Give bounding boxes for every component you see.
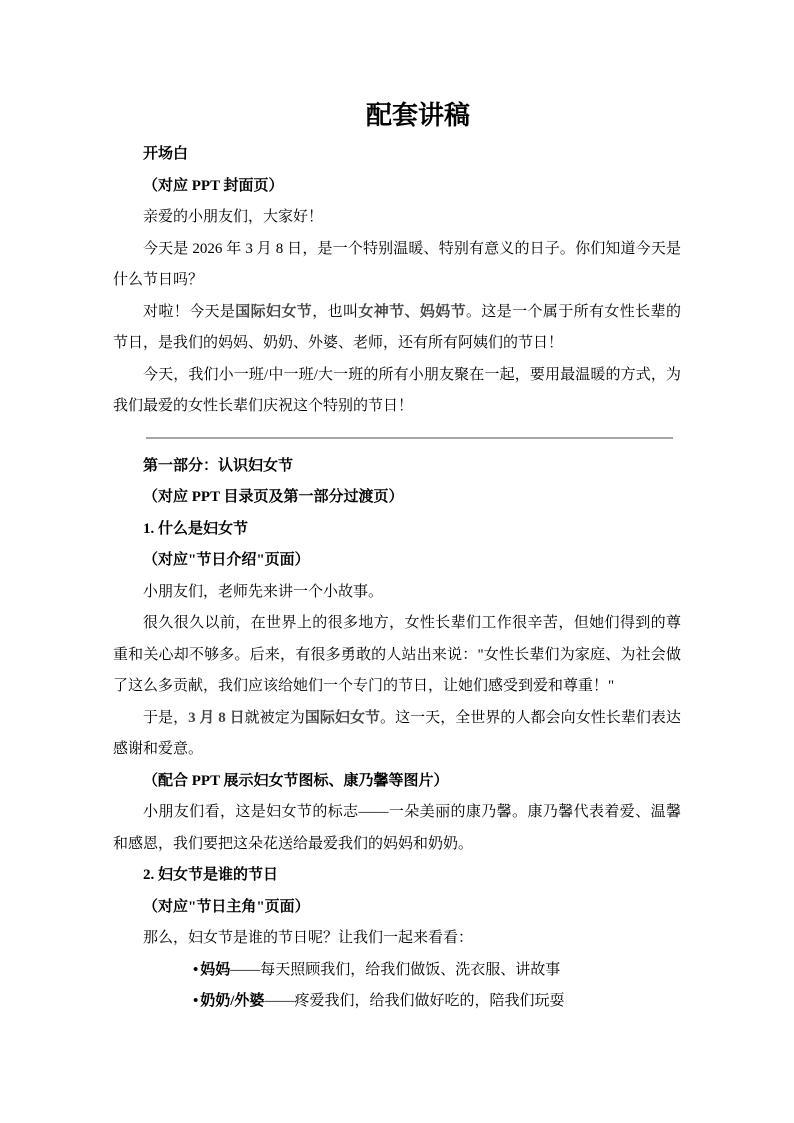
section1-heading: 第一部分：认识妇女节 xyxy=(113,451,681,483)
para-festival-pre: 对啦！今天是 xyxy=(143,304,235,320)
para-origin: 于是，3 月 8 日就被定为国际妇女节。这一天，全世界的人都会向女性长辈们表达感… xyxy=(113,703,681,766)
stage-note-carnation: （配合 PPT 展示妇女节图标、康乃馨等图片） xyxy=(113,766,681,798)
para-who-intro: 那么，妇女节是谁的节日呢？让我们一起来看看： xyxy=(113,923,681,955)
term-march-8: 3 月 8 日 xyxy=(188,710,244,726)
stage-note-protagonist: （对应"节日主角"页面） xyxy=(113,892,681,924)
sub2-heading: 2. 妇女节是谁的节日 xyxy=(113,860,681,892)
bullet-grandma-term: 奶奶/外婆 xyxy=(200,993,264,1009)
para-festival: 对啦！今天是国际妇女节，也叫女神节、妈妈节。这是一个属于所有女性长辈的节日，是我… xyxy=(113,297,681,360)
para-greeting: 亲爱的小朋友们，大家好！ xyxy=(113,202,681,234)
opening-heading: 开场白 xyxy=(113,139,681,171)
para-story-intro: 小朋友们，老师先来讲一个小故事。 xyxy=(113,577,681,609)
stage-note-intro-page: （对应"节日介绍"页面） xyxy=(113,545,681,577)
stage-note-toc: （对应 PPT 目录页及第一部分过渡页） xyxy=(113,482,681,514)
para-festival-mid: ，也叫 xyxy=(312,304,358,320)
bullet-grandma: •奶奶/外婆——疼爱我们，给我们做好吃的，陪我们玩耍 xyxy=(113,986,681,1018)
term-international-womens-day-2: 国际妇女节 xyxy=(305,710,380,726)
bullet-dot-icon: • xyxy=(193,993,198,1009)
para-carnation: 小朋友们看，这是妇女节的标志——一朵美丽的康乃馨。康乃馨代表着爱、温馨和感恩，我… xyxy=(113,797,681,860)
document-page: 配套讲稿 开场白 （对应 PPT 封面页） 亲爱的小朋友们，大家好！ 今天是 2… xyxy=(0,0,794,1123)
para-date: 今天是 2026 年 3 月 8 日，是一个特别温暖、特别有意义的日子。你们知道… xyxy=(113,234,681,297)
bullet-dot-icon: • xyxy=(193,962,198,978)
term-goddess-mother-day: 女神节、妈妈节 xyxy=(358,304,466,320)
bullet-mother: •妈妈——每天照顾我们，给我们做饭、洗衣服、讲故事 xyxy=(113,955,681,987)
sub1-heading: 1. 什么是妇女节 xyxy=(113,514,681,546)
section-divider xyxy=(146,437,673,439)
bullet-mother-term: 妈妈 xyxy=(200,962,230,978)
doc-title: 配套讲稿 xyxy=(113,97,681,135)
para-origin-pre: 于是， xyxy=(143,710,188,726)
bullet-mother-text: ——每天照顾我们，给我们做饭、洗衣服、讲故事 xyxy=(230,962,560,978)
para-origin-mid: 就被定为 xyxy=(245,710,305,726)
para-story: 很久很久以前，在世界上的很多地方，女性长辈们工作很辛苦，但她们得到的尊重和关心却… xyxy=(113,608,681,703)
term-international-womens-day: 国际妇女节 xyxy=(235,304,312,320)
para-gather: 今天，我们小一班/中一班/大一班的所有小朋友聚在一起，要用最温暖的方式，为我们最… xyxy=(113,360,681,423)
stage-note-cover: （对应 PPT 封面页） xyxy=(113,171,681,203)
bullet-grandma-text: ——疼爱我们，给我们做好吃的，陪我们玩耍 xyxy=(264,993,564,1009)
